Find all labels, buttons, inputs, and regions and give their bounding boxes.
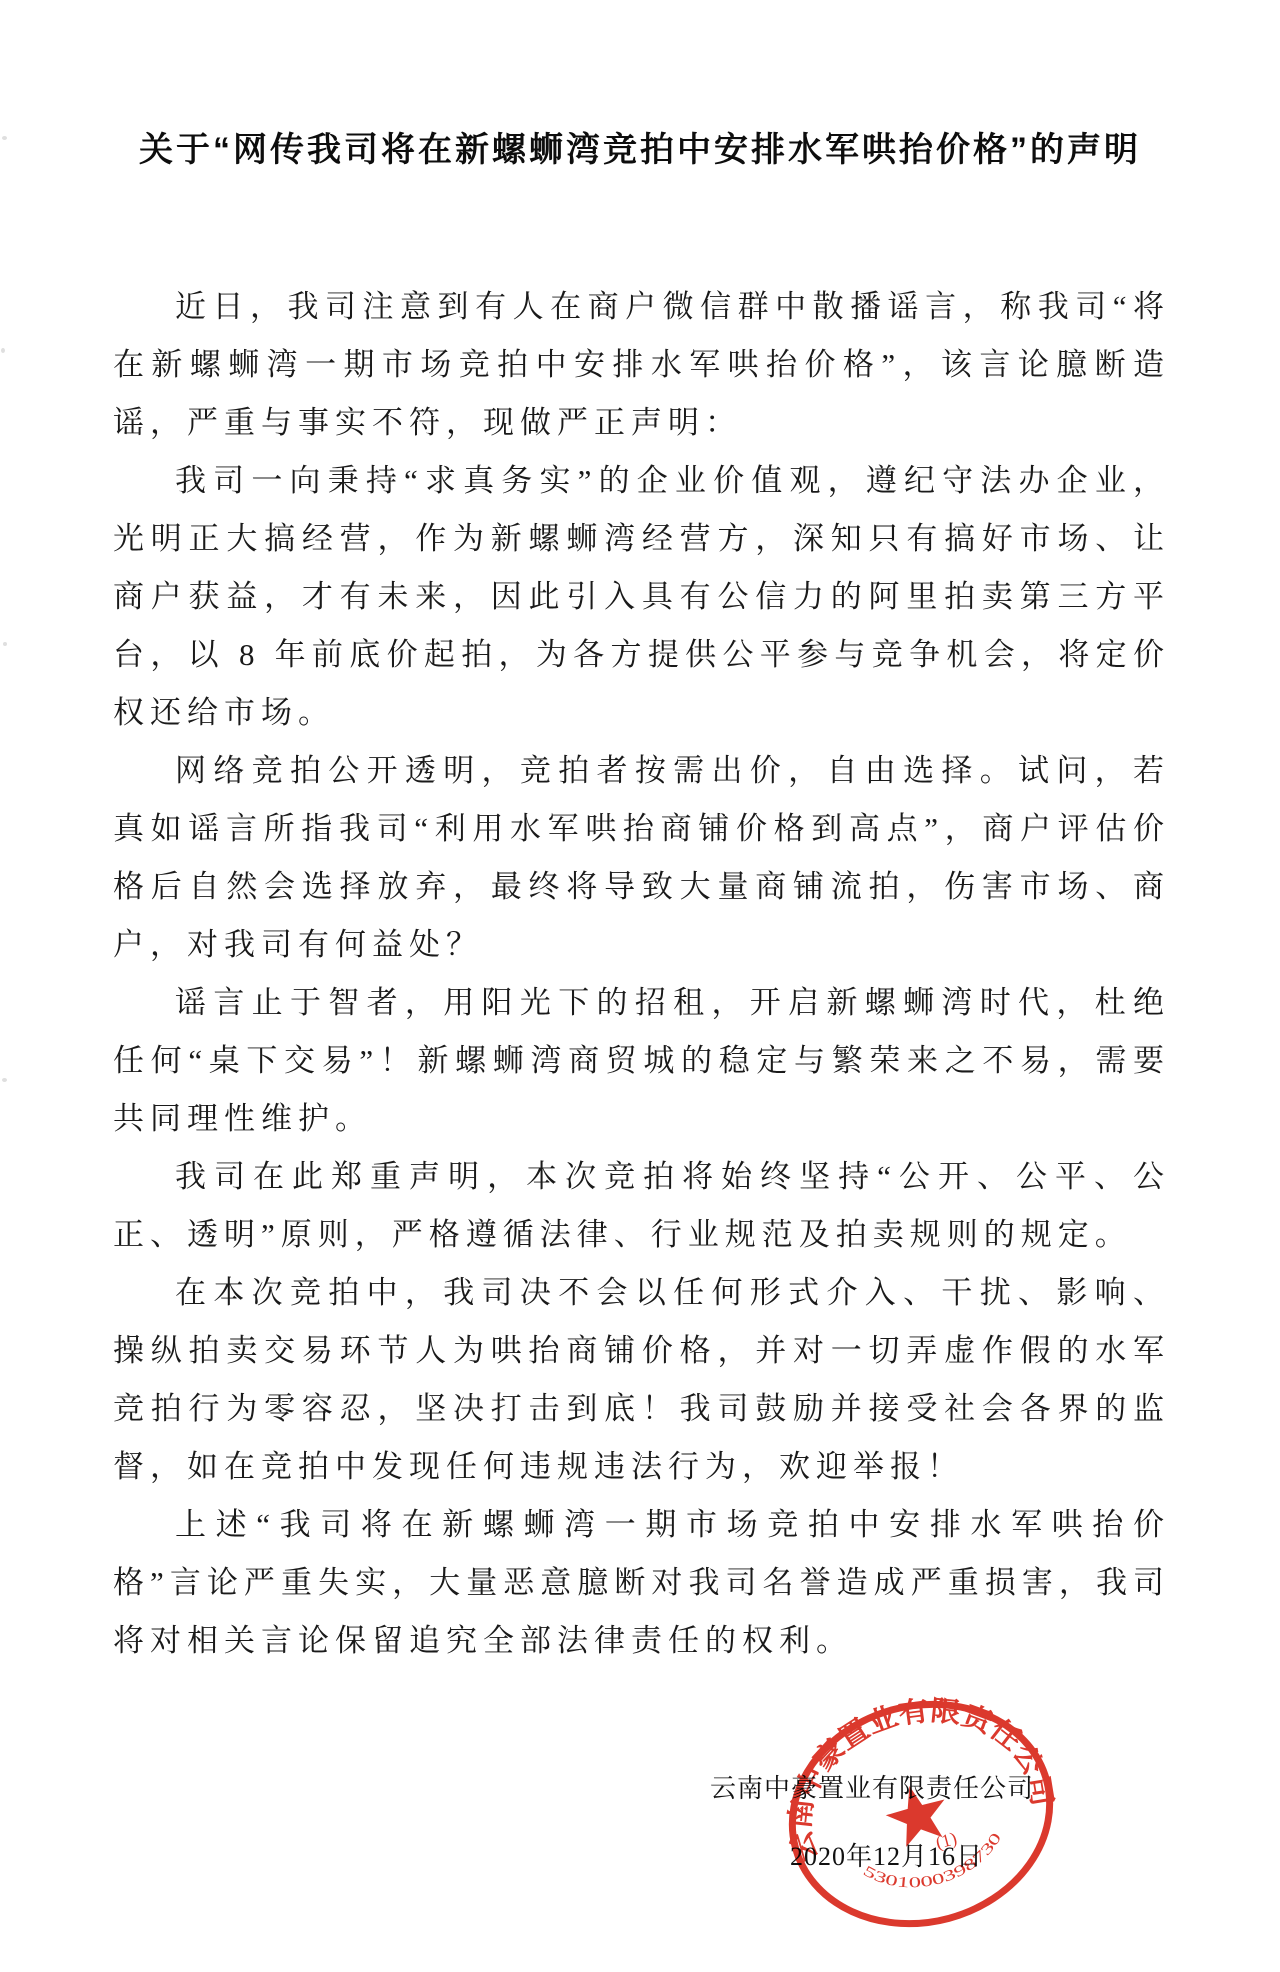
scan-speck bbox=[2, 1078, 7, 1082]
scan-speck bbox=[3, 642, 7, 646]
scan-speck bbox=[1, 348, 5, 353]
document-title: 关于“网传我司将在新螺蛳湾竞拍中安排水军哄抬价格”的声明 bbox=[60, 128, 1220, 172]
document-body: 近日，我司注意到有人在商户微信群中散播谣言，称我司“将在新螺蛳湾一期市场竞拍中安… bbox=[113, 278, 1170, 1670]
paragraph: 网络竞拍公开透明，竞拍者按需出价，自由选择。试问，若真如谣言所指我司“利用水军哄… bbox=[113, 742, 1170, 974]
paragraph: 谣言止于智者，用阳光下的招租，开启新螺蛳湾时代，杜绝任何“桌下交易”！新螺蛳湾商… bbox=[113, 974, 1170, 1148]
statement-document-page: 关于“网传我司将在新螺蛳湾竞拍中安排水军哄抬价格”的声明 近日，我司注意到有人在… bbox=[0, 0, 1280, 1972]
paragraph: 我司在此郑重声明，本次竞拍将始终坚持“公开、公平、公正、透明”原则，严格遵循法律… bbox=[113, 1148, 1170, 1264]
paragraph: 我司一向秉持“求真务实”的企业价值观，遵纪守法办企业，光明正大搞经营，作为新螺蛳… bbox=[113, 452, 1170, 742]
paragraph: 上述“我司将在新螺蛳湾一期市场竞拍中安排水军哄抬价格”言论严重失实，大量恶意臆断… bbox=[113, 1496, 1170, 1670]
scan-speck bbox=[2, 136, 7, 140]
paragraph: 在本次竞拍中，我司决不会以任何形式介入、干扰、影响、操纵拍卖交易环节人为哄抬商铺… bbox=[113, 1264, 1170, 1496]
paragraph: 近日，我司注意到有人在商户微信群中散播谣言，称我司“将在新螺蛳湾一期市场竞拍中安… bbox=[113, 278, 1170, 452]
seal-counter: (1) bbox=[933, 1828, 959, 1854]
company-seal-stamp: 云南中豪置业有限责任公司 (1) 5301000398730 bbox=[757, 1664, 1085, 1963]
